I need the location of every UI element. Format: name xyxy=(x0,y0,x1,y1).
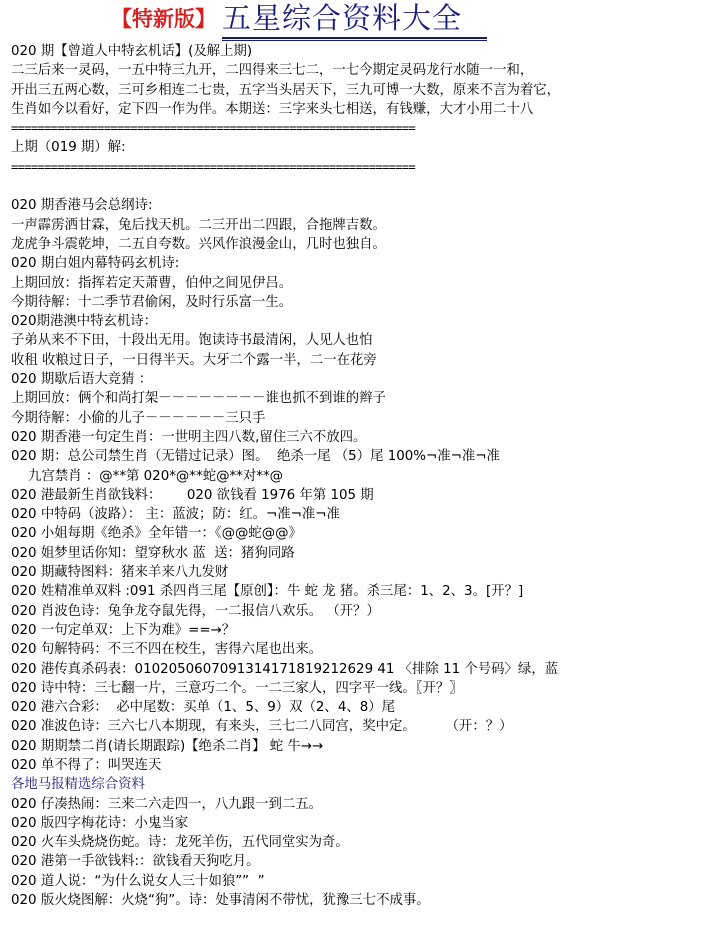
intro-line: 生肖如今以看好，定下四一作为伴。本期送：三字来头七相送，有钱赚，大才小用二十八 xyxy=(11,100,721,119)
region-line: 020 版火烧图解：火烧“狗”。诗：处事清闲不带忧，犹豫三七不成事。 xyxy=(11,891,721,910)
document-body: 020 期【曾道人中特玄机话】(及解上期) 二三后来一灵码，一五中特三九开，二四… xyxy=(11,42,721,910)
region-line: 020 版四字梅花诗：小鬼当家 xyxy=(11,814,721,833)
edition-badge: 【特新版】 xyxy=(111,5,216,33)
section-line: 020 港传真杀码表：0102050607091314171819212629 … xyxy=(11,660,721,679)
section-line: 020 期藏特图料：猪来羊来八九发财 xyxy=(11,563,721,582)
section-line: 020 单不得了：叫哭连天 xyxy=(11,756,721,775)
section-line: 子弟从来不下田，十段出无用。饱读诗书最清闲，人见人也怕 xyxy=(11,331,721,350)
section-line: 020 期：总公司禁生肖（无错过记录）图。 绝杀一尾 （5）尾 100%¬准¬准… xyxy=(11,447,721,466)
section-line: 020 诗中特：三七翻一片，三意巧二个。一二三家人，四字平一线。〖开？〗 xyxy=(11,679,721,698)
region-line: 020 港第一手欲钱料:：欲钱看天狗吃月。 xyxy=(11,852,721,871)
intro-line: 二三后来一灵码，一五中特三九开，二四得来三七二，一七今期定灵码龙行水随一一和， xyxy=(11,61,721,80)
section-line: 一声霹雳洒甘霖，兔后找天机。二三开出二四跟，合拖牌吉数。 xyxy=(11,216,721,235)
page-title: 五星综合资料大全 xyxy=(222,1,462,35)
section-line: 020 期白姐内幕特码玄机诗: xyxy=(11,254,721,273)
section-line: 020 期香港马会总纲诗: xyxy=(11,196,721,215)
intro-line: 开出三五两心数，三可乡相连二七贵，五字当头居天下，三九可博一大数，原来不言为着它… xyxy=(11,81,721,100)
section-line: 020 港最新生肖欲钱料： 020 欲钱看 1976 年第 105 期 xyxy=(11,486,721,505)
title-underline xyxy=(222,37,487,39)
section-line: 020 姐梦里话你知：望穿秋水 蓝 送：猪狗同路 xyxy=(11,544,721,563)
section-line: 上期回放：俩个和尚打架－－－－－－－－谁也抓不到谁的辫子 xyxy=(11,389,721,408)
intro-heading: 020 期【曾道人中特玄机话】(及解上期) xyxy=(11,42,721,61)
separator-line: ========================================… xyxy=(11,119,721,138)
section-line: 020 港六合彩： 必中尾数：买单（1、5、9）双（2、4、8）尾 xyxy=(11,698,721,717)
section-line: 020 期香港一句定生肖：一世明主四八数,留住三六不放四。 xyxy=(11,428,721,447)
last-issue-label: 上期（019 期）解: xyxy=(11,138,721,157)
blank-spacer xyxy=(11,177,721,196)
section-line: 020 准波色诗：三六七八本期现，有来头，三七二八同宫，奖中定。 （开：？） xyxy=(11,717,721,736)
section-line: 020 期歇后语大竞猜 ： xyxy=(11,370,721,389)
section-line: 今期待解：十二季节君偷闲，及时行乐富一生。 xyxy=(11,293,721,312)
region-line: 020 道人说：“为什么说女人三十如狼”” ” xyxy=(11,872,721,891)
section-line: 上期回放：指挥若定天萧曹，伯仲之间见伊吕。 xyxy=(11,274,721,293)
region-heading: 各地马报精选综合资料 xyxy=(11,775,721,794)
section-line: 九宫禁肖 ：@**第 020*@**蛇@**对**@ xyxy=(11,467,721,486)
section-line: 收租 收粮过日子，一日得半天。大牙二个露一半，二一在花旁 xyxy=(11,351,721,370)
section-line: 今期待解：小偷的儿子－－－－－－三只手 xyxy=(11,409,721,428)
section-line: 020 一句定单双：上下为难》==→？ xyxy=(11,621,721,640)
title-underline-secondary xyxy=(222,40,487,41)
region-line: 020 仔凑热闹：三来二六走四一，八九跟一到二五。 xyxy=(11,795,721,814)
section-line: 020期港澳中特玄机诗： xyxy=(11,312,721,331)
section-line: 020 期期禁二肖(请长期跟踪)【绝杀二肖】 蛇 牛→→ xyxy=(11,737,721,756)
page-header: 【特新版】 五星综合资料大全 xyxy=(0,0,725,42)
section-line: 020 肖波色诗：兔争龙夺鼠先得，一二报信八欢乐。 （开？） xyxy=(11,602,721,621)
section-line: 020 姓精准单双料 :091 杀四肖三尾【原创】：牛 蛇 龙 猪。杀三尾：1、… xyxy=(11,582,721,601)
region-line: 020 火车头烧烧伤蛇。诗：龙死羊伤，五代同堂实为奇。 xyxy=(11,833,721,852)
section-line: 020 小姐每期《绝杀》全年错一：《@@蛇@@》 xyxy=(11,524,721,543)
section-line: 龙虎争斗震乾坤，二五自夸数。兴风作浪漫金山，几时也独自。 xyxy=(11,235,721,254)
section-line: 020 句解特码：不三不四在校生，害得六尾也出来。 xyxy=(11,640,721,659)
separator-line: ========================================… xyxy=(11,158,721,177)
section-line: 020 中特码（波路）： 主：蓝波；防：红。¬准¬准¬准 xyxy=(11,505,721,524)
